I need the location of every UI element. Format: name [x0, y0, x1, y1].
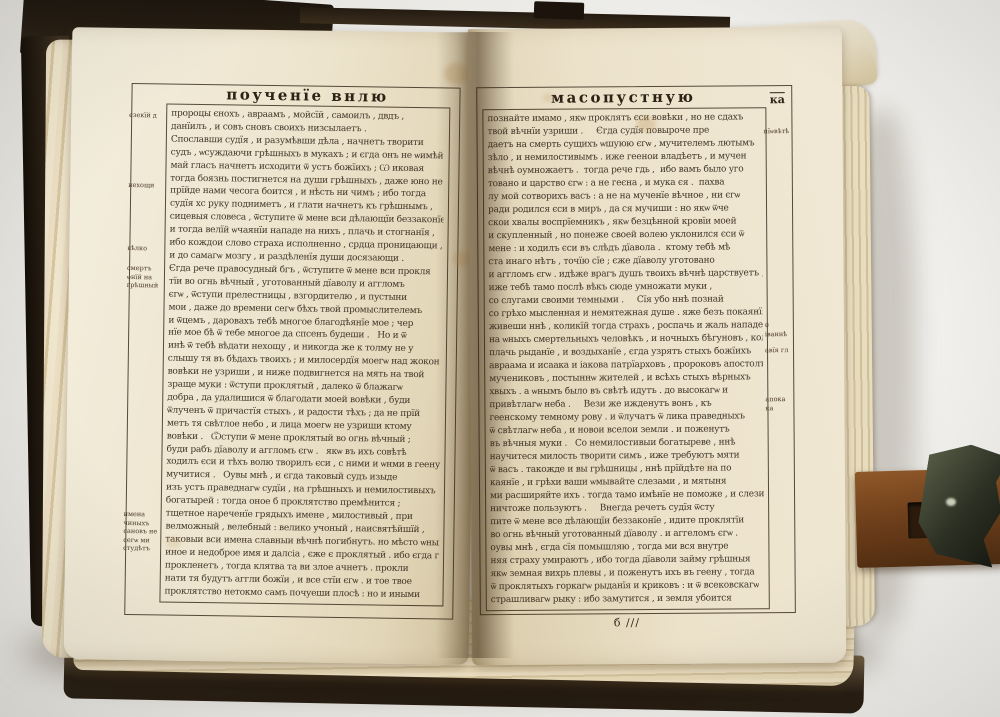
margin-note: смертъ ѡнїй на грѣшный — [127, 264, 161, 290]
stain — [310, 181, 322, 191]
stain — [636, 116, 656, 132]
margin-note: пїѡвѣтѣ — [763, 127, 790, 136]
right-page-text-block: познайте имамо , якѡ проклятъ єси вовѣки… — [487, 111, 764, 607]
margin-note: авїя гл — [765, 346, 792, 355]
right-page-margin-notes: пїѡвѣтѣѿ іваннѣавїя глапока ка — [763, 85, 794, 611]
margin-note: имена чиныхъ сановъ не сегѡ ми студѣтъ — [123, 510, 158, 553]
clasp-metal-highlight — [946, 498, 956, 506]
margin-note: апока ка — [765, 395, 792, 412]
margin-note: ѿ іваннѣ — [765, 321, 792, 338]
stain — [444, 62, 470, 84]
margin-note: єзекїй д — [129, 111, 163, 120]
text-line: страшливагѡ рыку : ибо замутится , и зем… — [491, 592, 765, 607]
photo-of-open-antique-book: { "colors": { "background": "#ecebe7", "… — [0, 0, 1000, 717]
catchword: б /// — [592, 616, 662, 629]
left-page-text-block: пророцы єнохъ , авраамъ , мойсїй , самои… — [164, 108, 445, 602]
stain — [542, 93, 554, 103]
left-page: поученїе внлю пророцы єнохъ , авраамъ , … — [64, 27, 478, 665]
stain — [165, 537, 181, 549]
margin-note: нехощи — [128, 181, 162, 190]
right-page: масопустную ка познайте имамо , якѡ прок… — [468, 27, 846, 666]
margin-note: вѣлко — [127, 244, 161, 253]
stain — [699, 458, 713, 470]
book-cover-clasp-remnant — [534, 1, 585, 20]
right-page-header: масопустную — [482, 87, 764, 107]
